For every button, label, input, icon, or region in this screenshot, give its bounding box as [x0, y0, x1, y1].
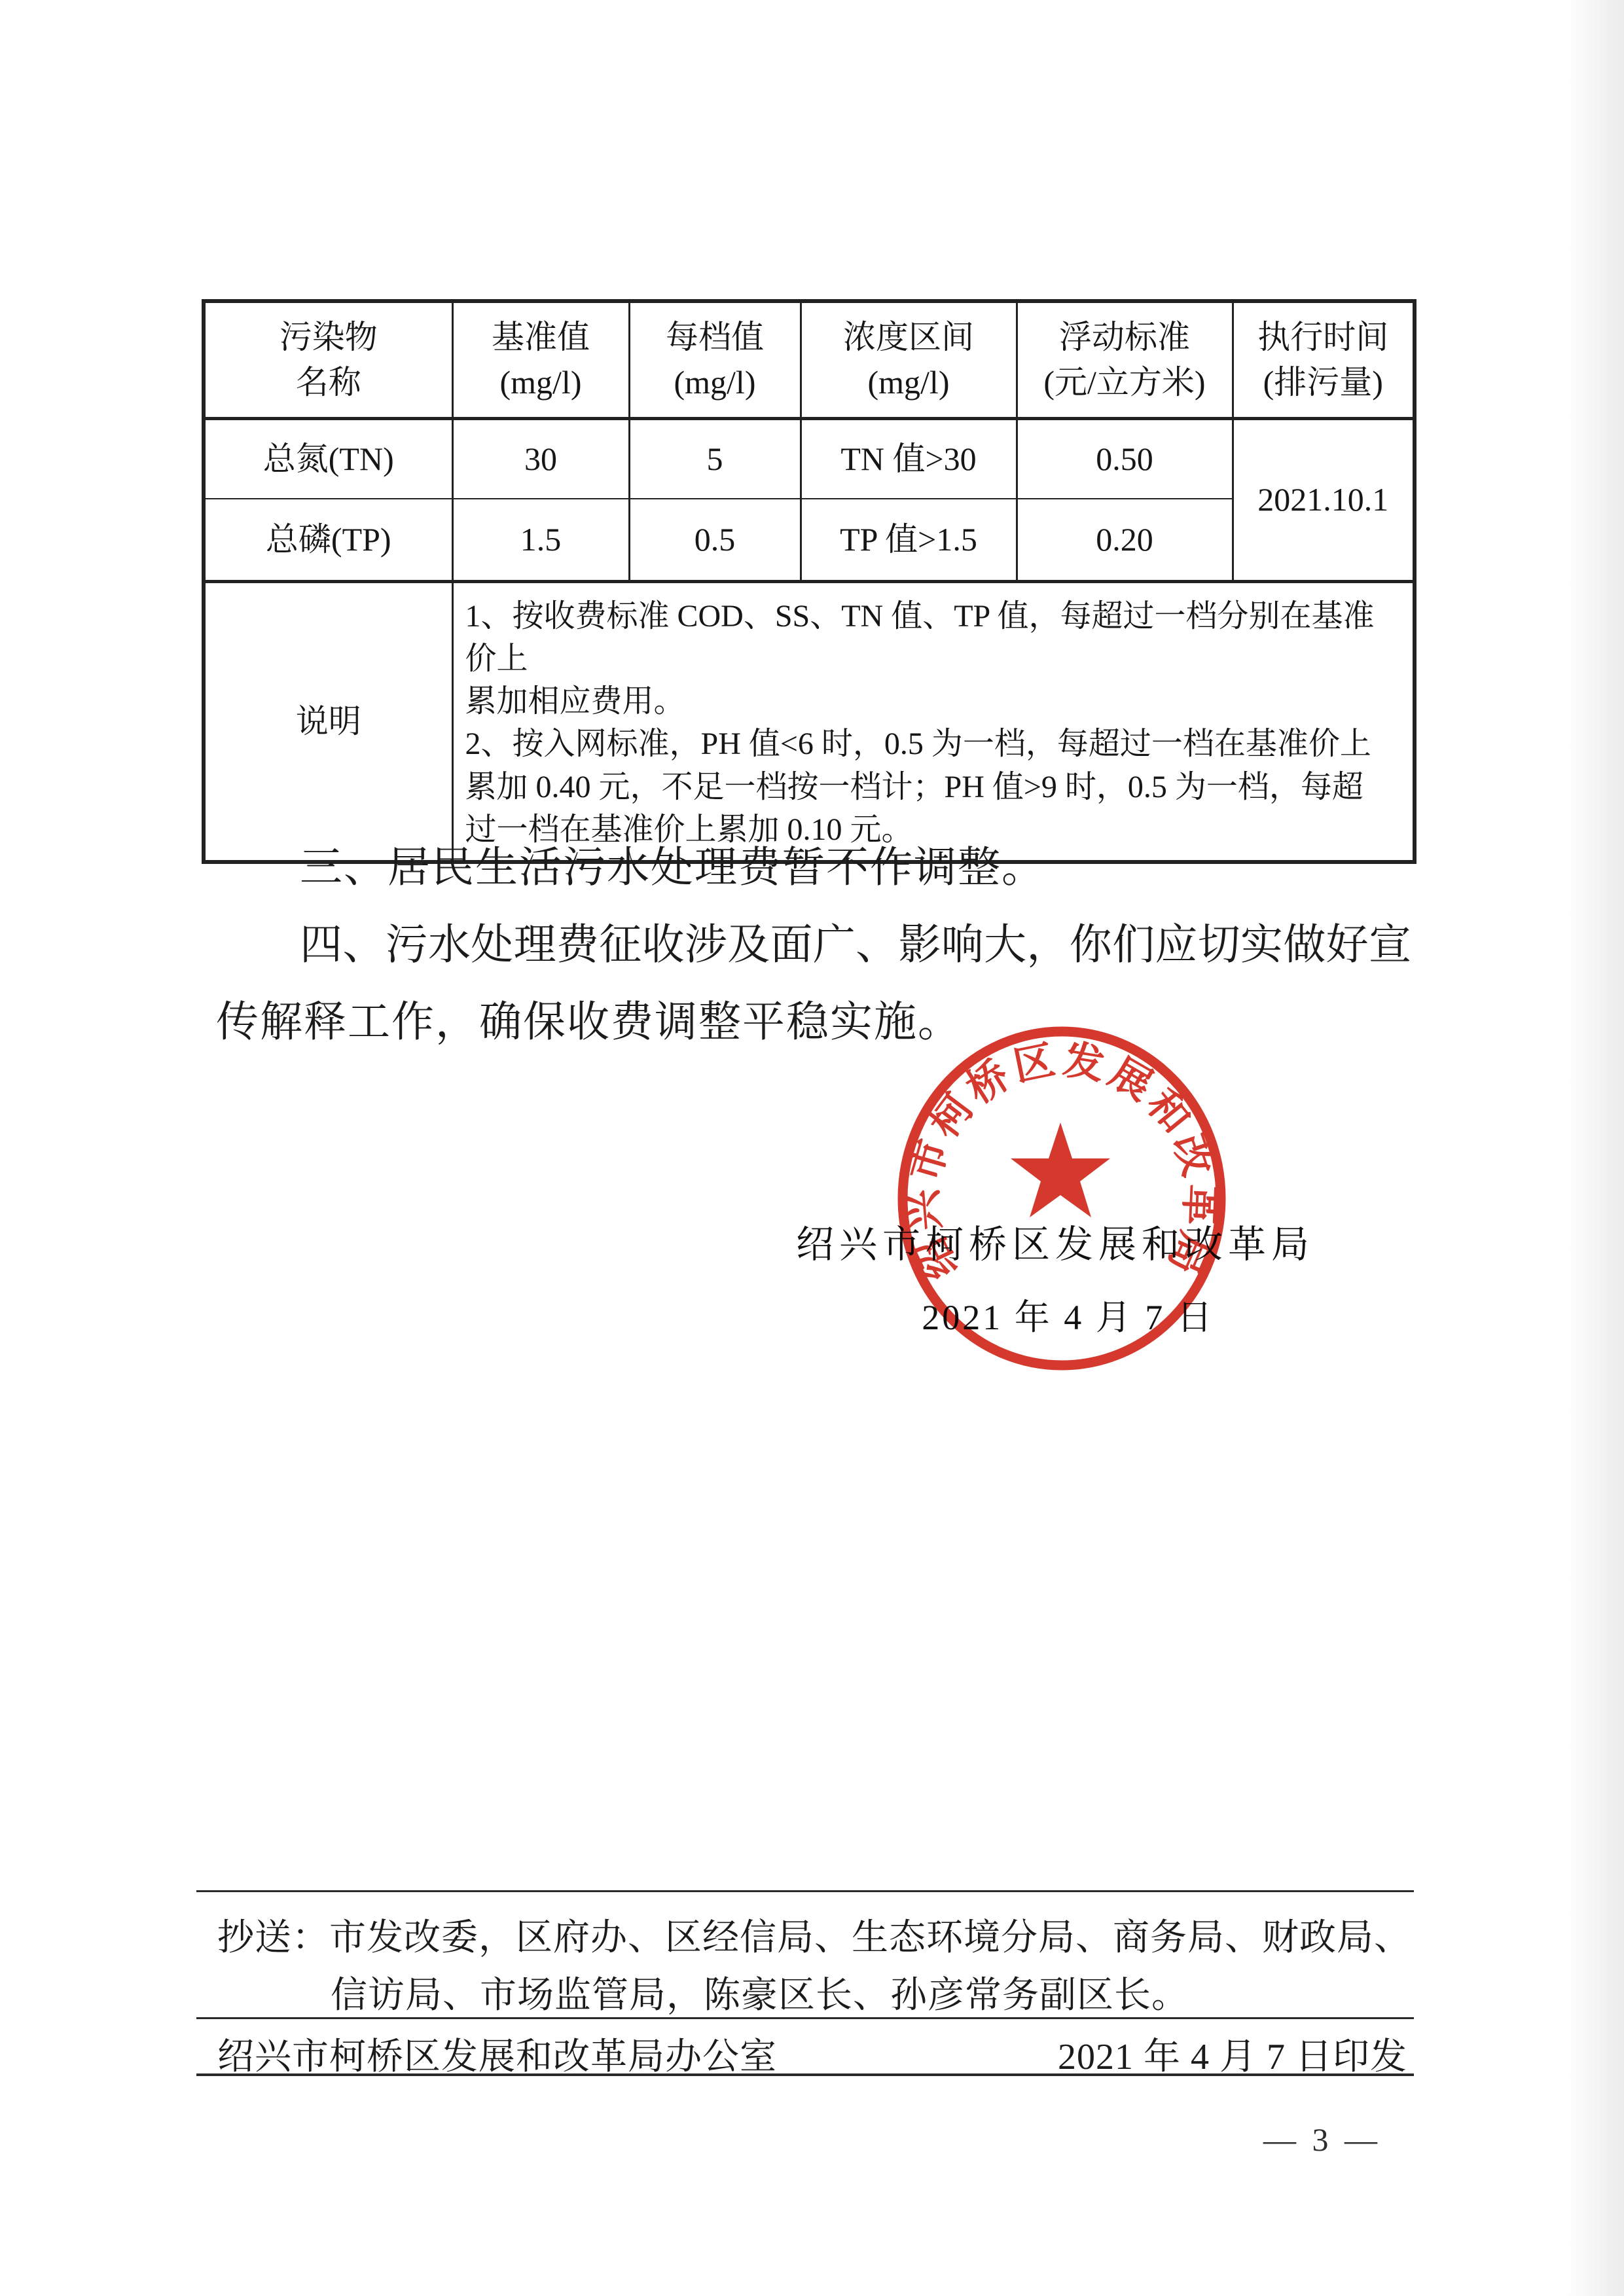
footer-rule-middle [196, 2017, 1414, 2019]
table-note-row: 说明 1、按收费标准 COD、SS、TN 值、TP 值，每超过一档分别在基准价上… [204, 581, 1415, 862]
print-date: 2021 年 4 月 7 日印发 [949, 2028, 1407, 2080]
issuing-office: 绍兴市柯桥区发展和改革局办公室 [217, 2028, 777, 2080]
cc-label: 抄送： [217, 1918, 329, 1958]
cell-tp-float: 0.20 [1017, 499, 1233, 581]
header-step-value: 每档值 (mg/l) [629, 301, 801, 418]
header-exec-time: 执行时间 (排污量) [1233, 301, 1415, 418]
table-row: 总氮(TN) 30 5 TN 值>30 0.50 2021.10.1 [204, 418, 1415, 499]
header-base-value: 基准值 (mg/l) [452, 301, 629, 418]
paragraph-3: 三、居民生活污水处理费暂不作调整。 [300, 833, 1045, 894]
footer-rule-top [196, 1890, 1414, 1892]
paragraph-4-line-1: 四、污水处理费征收涉及面广、影响大，你们应切实做好宣 [300, 910, 1411, 971]
cell-tp-step: 0.5 [629, 499, 801, 581]
paragraph-4-line-2: 传解释工作，确保收费调整平稳实施。 [216, 987, 962, 1049]
table-header-row: 污染物 名称 基准值 (mg/l) 每档值 (mg/l) 浓度区间 (mg/l)… [204, 301, 1415, 418]
cell-tn-base: 30 [452, 418, 629, 499]
cell-tn-name: 总氮(TN) [204, 418, 452, 499]
header-pollutant: 污染物 名称 [204, 301, 452, 418]
fee-standards-table: 污染物 名称 基准值 (mg/l) 每档值 (mg/l) 浓度区间 (mg/l)… [202, 299, 1416, 864]
cc-list-1: 市发改委，区府办、区经信局、生态环境分局、商务局、财政局、 [329, 1918, 1411, 1958]
scan-edge-shading [1565, 0, 1624, 2296]
header-float-std: 浮动标准 (元/立方米) [1017, 301, 1233, 418]
cell-exec-time: 2021.10.1 [1233, 418, 1415, 581]
cell-tn-range: TN 值>30 [801, 418, 1017, 499]
cell-note-label: 说明 [204, 581, 452, 862]
official-red-seal: 绍兴市柯桥区发展和改革局 [892, 1021, 1232, 1378]
footer-rule-bottom [196, 2073, 1414, 2076]
cell-tn-step: 5 [629, 418, 801, 499]
cell-tp-name: 总磷(TP) [204, 499, 452, 581]
cell-tn-float: 0.50 [1017, 418, 1233, 499]
cc-line-1: 抄送：市发改委，区府办、区经信局、生态环境分局、商务局、财政局、 [217, 1909, 1411, 1961]
header-conc-range: 浓度区间 (mg/l) [801, 301, 1017, 418]
seal-star-icon [1011, 1122, 1110, 1217]
page-number: — 3 — [1224, 2121, 1420, 2159]
scanned-document-page: 污染物 名称 基准值 (mg/l) 每档值 (mg/l) 浓度区间 (mg/l)… [0, 0, 1624, 2296]
cell-notes: 1、按收费标准 COD、SS、TN 值、TP 值，每超过一档分别在基准价上 累加… [452, 581, 1415, 862]
cell-tp-base: 1.5 [452, 499, 629, 581]
cell-tp-range: TP 值>1.5 [801, 499, 1017, 581]
cc-line-2: 信访局、市场监管局，陈豪区长、孙彦常务副区长。 [331, 1966, 1189, 2018]
